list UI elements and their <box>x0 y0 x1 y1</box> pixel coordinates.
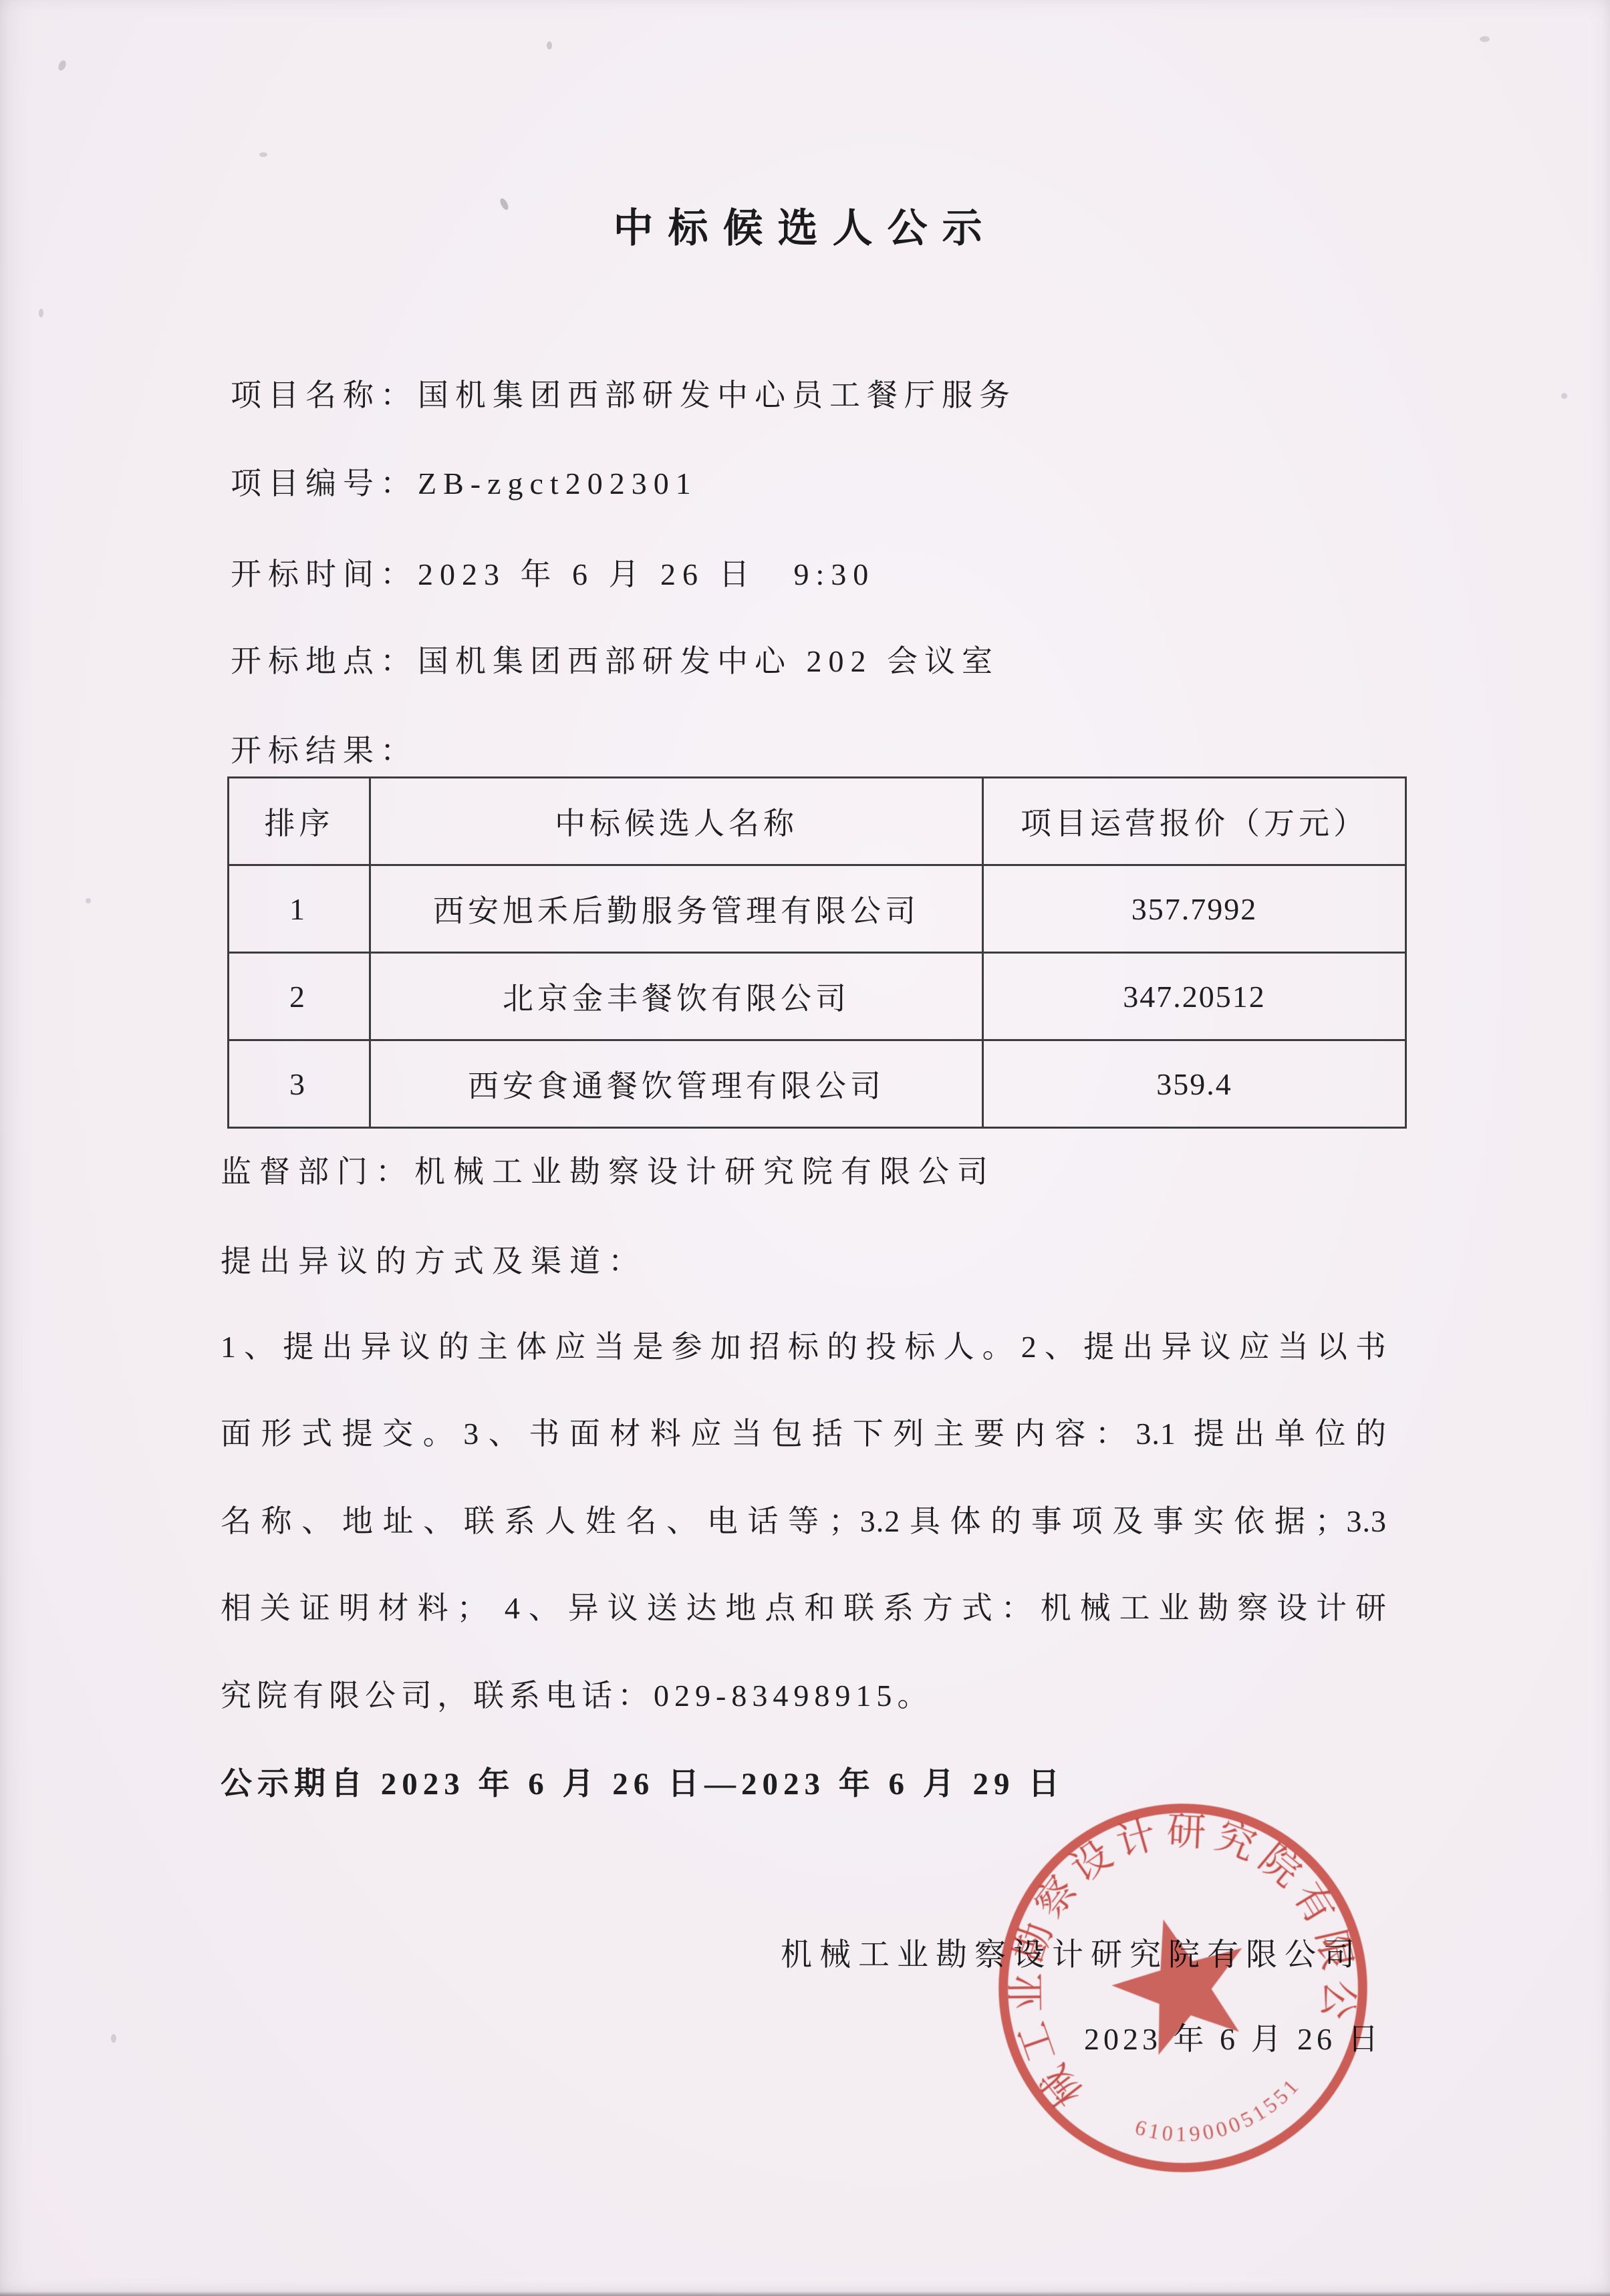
page-title: 中标候选人公示 <box>0 196 1610 254</box>
cell-rank: 1 <box>229 865 370 953</box>
objection-heading: 提出异议的方式及渠道： <box>221 1244 647 1280</box>
cell-candidate-name: 西安旭禾后勤服务管理有限公司 <box>370 865 983 953</box>
scan-speck <box>57 59 68 72</box>
scan-speck <box>259 152 267 157</box>
table-header-row: 排序 中标候选人名称 项目运营报价（万元） <box>229 778 1406 865</box>
scanned-document-page: 中标候选人公示 项目名称：国机集团西部研发中心员工餐厅服务 项目编号：ZB-zg… <box>0 0 1610 2296</box>
cell-bid-price: 357.7992 <box>983 865 1406 953</box>
scan-speck <box>1480 36 1490 42</box>
field-opening-result: 开标结果： <box>231 734 418 769</box>
cell-candidate-name: 西安食通餐饮管理有限公司 <box>370 1040 983 1128</box>
objection-line: 面形式提交。3、书面材料应当包括下列主要内容：3.1 提出单位的 <box>221 1417 1387 1452</box>
table-row: 2 北京金丰餐饮有限公司 347.20512 <box>229 953 1406 1040</box>
field-project-number: 项目编号：ZB-zgct202301 <box>231 466 698 502</box>
scan-speck <box>1561 393 1567 399</box>
cell-bid-price: 347.20512 <box>983 953 1406 1040</box>
bid-results-table: 排序 中标候选人名称 项目运营报价（万元） 1 西安旭禾后勤服务管理有限公司 3… <box>227 776 1407 1129</box>
scan-speck <box>111 2034 116 2043</box>
seal-serial-number: 6101900051551 <box>1127 2069 1313 2164</box>
cell-candidate-name: 北京金丰餐饮有限公司 <box>370 953 983 1040</box>
objection-line: 相关证明材料； 4、异议送达地点和联系方式：机械工业勘察设计研 <box>221 1591 1387 1626</box>
supervisor-line: 监督部门：机械工业勘察设计研究院有限公司 <box>221 1155 996 1190</box>
seal-star <box>1098 1901 1264 2062</box>
col-header-rank: 排序 <box>229 778 370 865</box>
col-header-candidate-name: 中标候选人名称 <box>370 778 983 865</box>
field-opening-place: 开标地点：国机集团西部研发中心 202 会议室 <box>231 644 999 680</box>
cell-rank: 3 <box>229 1040 370 1128</box>
scan-speck <box>86 898 91 903</box>
scan-edge-shadow <box>0 2291 1610 2296</box>
cell-bid-price: 359.4 <box>983 1040 1406 1128</box>
table-row: 3 西安食通餐饮管理有限公司 359.4 <box>229 1040 1406 1128</box>
field-opening-time: 开标时间：2023 年 6 月 26 日 9:30 <box>231 557 875 593</box>
scan-speck <box>39 309 43 317</box>
notice-period-line: 公示期自 2023 年 6 月 26 日—2023 年 6 月 29 日 <box>221 1766 1065 1802</box>
company-seal: 机械工业勘察设计研究院有限公司 6101900051551 <box>918 1723 1448 2253</box>
cell-rank: 2 <box>229 953 370 1040</box>
col-header-bid-price: 项目运营报价（万元） <box>983 778 1406 865</box>
table-row: 1 西安旭禾后勤服务管理有限公司 357.7992 <box>229 865 1406 953</box>
objection-line: 1、提出异议的主体应当是参加招标的投标人。2、提出异议应当以书 <box>221 1330 1387 1365</box>
scan-speck <box>547 41 552 49</box>
objection-line: 名称、地址、联系人姓名、电话等；3.2具体的事项及事实依据；3.3 <box>221 1504 1387 1540</box>
objection-line: 究院有限公司，联系电话：029-83498915。 <box>221 1679 933 1714</box>
field-project-name: 项目名称：国机集团西部研发中心员工餐厅服务 <box>231 378 1017 414</box>
